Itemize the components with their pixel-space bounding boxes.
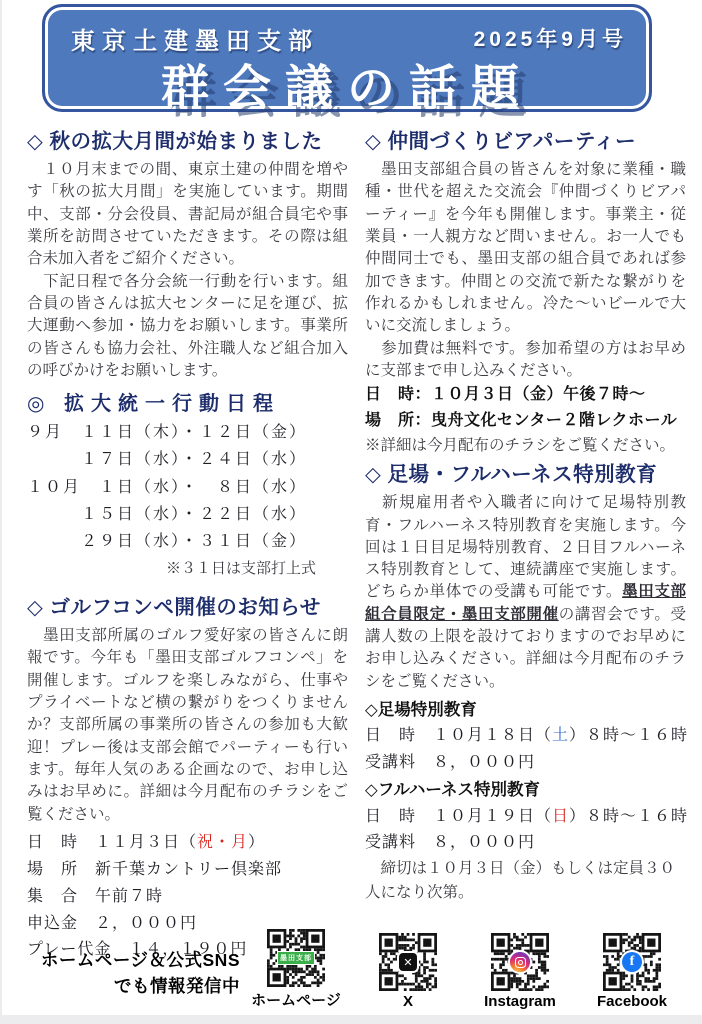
sns-promo-line-2: でも情報発信中 bbox=[32, 973, 240, 999]
beer-party-heading: ◇ 仲間づくりビアパーティー bbox=[365, 124, 686, 154]
schedule-row: １７日（水）・２４日（水） bbox=[27, 446, 348, 473]
qr-label-facebook: Facebook bbox=[597, 993, 667, 1010]
facebook-qr-code: f bbox=[603, 933, 661, 991]
harness-day-sunday: 日 bbox=[552, 808, 569, 825]
page-bottom-edge bbox=[2, 1015, 702, 1024]
schedule-row: １５日（水）・２２日（水） bbox=[27, 501, 348, 528]
training-paragraph: 新規雇用者や入職者に向けて足場特別教育・フルハーネス特別教育を実施します。今回は… bbox=[365, 492, 686, 693]
qr-item-instagram: Instagram bbox=[468, 933, 572, 1010]
expansion-paragraph-1: １０月末までの間、東京土建の仲間を増やす「秋の拡大月間」を実施しています。期間中… bbox=[27, 159, 348, 271]
golf-paragraph: 墨田支部所属のゴルフ愛好家の皆さんに朗報です。今年も「墨田支部ゴルフコンペ」を開… bbox=[27, 625, 348, 826]
left-column: ◇ 秋の拡大月間が始まりました １０月末までの間、東京土建の仲間を増やす「秋の拡… bbox=[27, 124, 348, 964]
golf-datetime-post: ） bbox=[248, 834, 265, 851]
beer-party-paragraph-1: 墨田支部組合員の皆さんを対象に業種・職種・世代を超えた交流会『仲間づくりビアパー… bbox=[365, 159, 686, 338]
schedule-row: ９月 １１日（木）・１２日（金） bbox=[27, 419, 348, 446]
harness-date-pre: 日 時 １０月１９日（ bbox=[365, 808, 552, 825]
harness-date-post: ）８時～１６時 bbox=[569, 808, 688, 825]
training-heading: ◇ 足場・フルハーネス特別教育 bbox=[365, 457, 686, 487]
golf-datetime-pre: 日 時 １１月３日（ bbox=[27, 834, 197, 851]
golf-meeting-time: 集 合 午前７時 bbox=[27, 884, 348, 911]
beer-party-note: ※詳細は今月配布のチラシをご覧ください。 bbox=[365, 434, 686, 457]
beer-party-place: 場 所：曳舟文化センター２階レクホール bbox=[365, 408, 686, 434]
harness-course-datetime: 日 時 １０月１９日（日）８時～１６時 bbox=[365, 804, 686, 831]
newsletter-title: 群会議の話題 bbox=[45, 49, 649, 118]
sns-promo-line-1: ホームページ＆公式SNS bbox=[32, 947, 240, 973]
expansion-heading: ◇ 秋の拡大月間が始まりました bbox=[27, 124, 348, 154]
training-deadline: 締切は１０月３日（金）もしくは定員３０人になり次第。 bbox=[365, 857, 686, 904]
expansion-paragraph-2: 下記日程で各分会統一行動を行います。組合員の皆さんは拡大センターに足を運び、拡大… bbox=[27, 271, 348, 383]
masthead: 東京土建墨田支部 2025年9月号 群会議の話題 bbox=[42, 4, 652, 112]
schedule-note: ※３１日は支部打上式 bbox=[27, 557, 348, 578]
qr-code-row: 墨田支部 ホームページ ✕ X Insta bbox=[240, 929, 688, 1010]
harness-course-fee: 受講料 ８，０００円 bbox=[365, 830, 686, 857]
instagram-qr-code bbox=[491, 933, 549, 991]
qr-item-facebook: f Facebook bbox=[580, 933, 684, 1010]
qr-label-homepage: ホームページ bbox=[251, 989, 341, 1010]
x-qr-code: ✕ bbox=[379, 933, 437, 991]
beer-party-datetime: 日 時：１０月３日（金）午後７時～ bbox=[365, 382, 686, 408]
content-columns: ◇ 秋の拡大月間が始まりました １０月末までの間、東京土建の仲間を増やす「秋の拡… bbox=[27, 124, 684, 964]
scaffold-day-saturday: 土 bbox=[552, 727, 569, 744]
schedule-heading: ◎ 拡大統一行動日程 bbox=[27, 387, 348, 416]
qr-item-x: ✕ X bbox=[356, 933, 460, 1010]
golf-heading: ◇ ゴルフコンペ開催のお知らせ bbox=[27, 590, 348, 620]
homepage-qr-code: 墨田支部 bbox=[267, 929, 325, 987]
schedule-row: １０月 １日（水）・ ８日（水） bbox=[27, 474, 348, 501]
scaffold-course-fee: 受講料 ８，０００円 bbox=[365, 750, 686, 777]
newsletter-page: 東京土建墨田支部 2025年9月号 群会議の話題 ◇ 秋の拡大月間が始まりました… bbox=[0, 0, 702, 1024]
harness-course-title: ◇フルハーネス特別教育 bbox=[365, 777, 686, 803]
golf-place: 場 所 新千葉カントリー倶楽部 bbox=[27, 857, 348, 884]
qr-label-instagram: Instagram bbox=[484, 993, 556, 1010]
scaffold-course-datetime: 日 時 １０月１８日（土）８時～１６時 bbox=[365, 723, 686, 750]
schedule-row: ２９日（水）・３１日（金） bbox=[27, 528, 348, 555]
qr-item-homepage: 墨田支部 ホームページ bbox=[244, 929, 348, 1010]
beer-party-paragraph-2: 参加費は無料です。参加希望の方はお早めに支部まで申し込みください。 bbox=[365, 338, 686, 383]
qr-label-x: X bbox=[403, 993, 413, 1010]
golf-datetime: 日 時 １１月３日（祝・月） bbox=[27, 830, 348, 857]
scaffold-course-title: ◇足場特別教育 bbox=[365, 697, 686, 723]
right-column: ◇ 仲間づくりビアパーティー 墨田支部組合員の皆さんを対象に業種・職種・世代を超… bbox=[365, 124, 686, 964]
golf-holiday-mark: 祝・月 bbox=[197, 834, 248, 851]
footer: ホームページ＆公式SNS でも情報発信中 墨田支部 ホームページ ✕ X bbox=[32, 929, 688, 1010]
scaffold-date-pre: 日 時 １０月１８日（ bbox=[365, 727, 552, 744]
sns-promo-text: ホームページ＆公式SNS でも情報発信中 bbox=[32, 947, 240, 1000]
scaffold-date-post: ）８時～１６時 bbox=[569, 727, 688, 744]
